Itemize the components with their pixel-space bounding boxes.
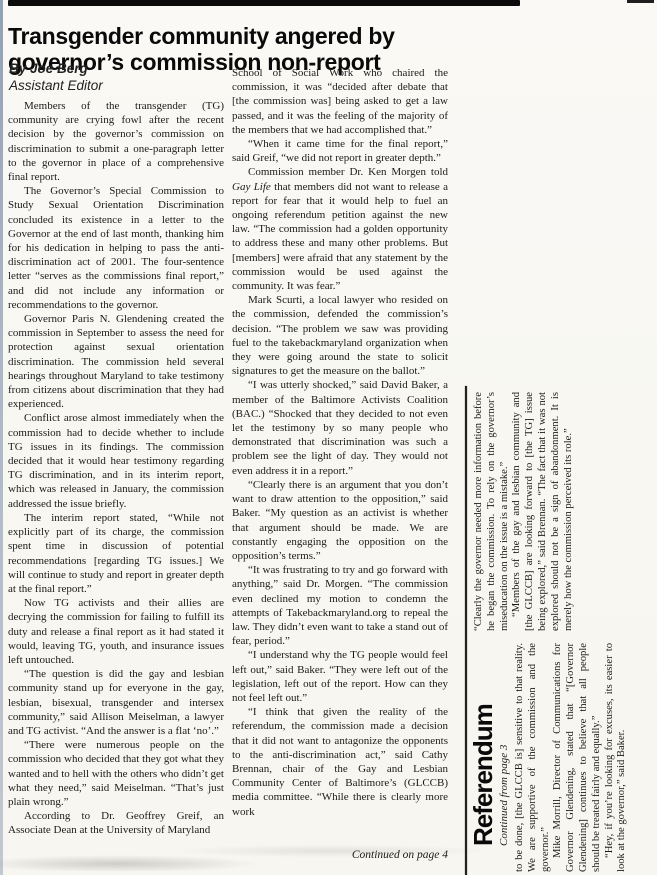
article-column-1: Members of the transgender (TG) communit… [8,99,224,865]
paragraph: “The question is did the gay and lesbian… [8,667,224,738]
referendum-column-2: “Clearly the governor needed more inform… [473,392,575,631]
paragraph: Mark Scurti, a local lawyer who resided … [232,293,448,378]
continued-on-note: Continued on page 4 [300,849,448,861]
paragraph: “Members of the gay and lesbian communit… [511,392,575,631]
paragraph: School of Social Work who chaired the co… [232,66,448,137]
paragraph: Commission member Dr. Ken Morgen told Ga… [232,165,448,293]
paragraph: Governor Paris N. Glendening created the… [8,312,224,411]
paragraph: “There were numerous people on the commi… [8,738,224,809]
paragraph-text: that members did not want to release a r… [232,181,448,292]
publication-name: Gay Life [232,181,271,193]
paragraph: “I was utterly shocked,” said David Bake… [232,378,448,477]
paragraph: Now TG activists and their allies are de… [8,596,224,667]
paragraph: “I understand why the TG people would fe… [232,648,448,705]
paragraph: According to Dr. Geoffrey Greif, an Asso… [8,809,224,837]
paragraph: “I think that given the reality of the r… [232,705,448,819]
referendum-headline: Referendum [470,643,497,846]
referendum-column-1: Referendum Continued from page 3 to be d… [470,643,629,872]
paragraph: “Clearly there is an argument that you d… [232,478,448,563]
byline: By Joe Berg Assistant Editor [9,61,103,94]
referendum-section-rotated: Referendum Continued from page 3 to be d… [460,0,657,875]
continued-from-note: Continued from page 3 [498,643,511,846]
paragraph: “It was frustrating to try and go forwar… [232,563,448,648]
paragraph: Conflict arose almost immediately when t… [8,411,224,510]
paragraph: The interim report stated, “While not ex… [8,511,224,596]
paragraph: Members of the transgender (TG) communit… [8,99,224,184]
paragraph-text: Commission member Dr. Ken Morgen told [248,166,448,178]
top-rule [8,0,520,6]
paragraph: to be done, [the GLCCB is] sensitive to … [514,643,552,872]
article-column-2: School of Social Work who chaired the co… [232,66,448,856]
byline-author: By Joe Berg [9,61,103,78]
paragraph: The Governor’s Special Commission to Stu… [8,184,224,312]
referendum-top-rule [465,386,467,875]
byline-title: Assistant Editor [9,78,103,95]
paragraph: Mike Morrill, Director of Communications… [552,643,603,872]
paragraph: “When it came time for the final report,… [232,137,448,165]
paragraph: “Hey, if you’re looking for excuses, its… [604,643,630,872]
scan-edge [0,0,3,875]
newspaper-page: Transgender community angered by governo… [0,0,657,875]
paragraph: “Clearly the governor needed more inform… [473,392,511,631]
